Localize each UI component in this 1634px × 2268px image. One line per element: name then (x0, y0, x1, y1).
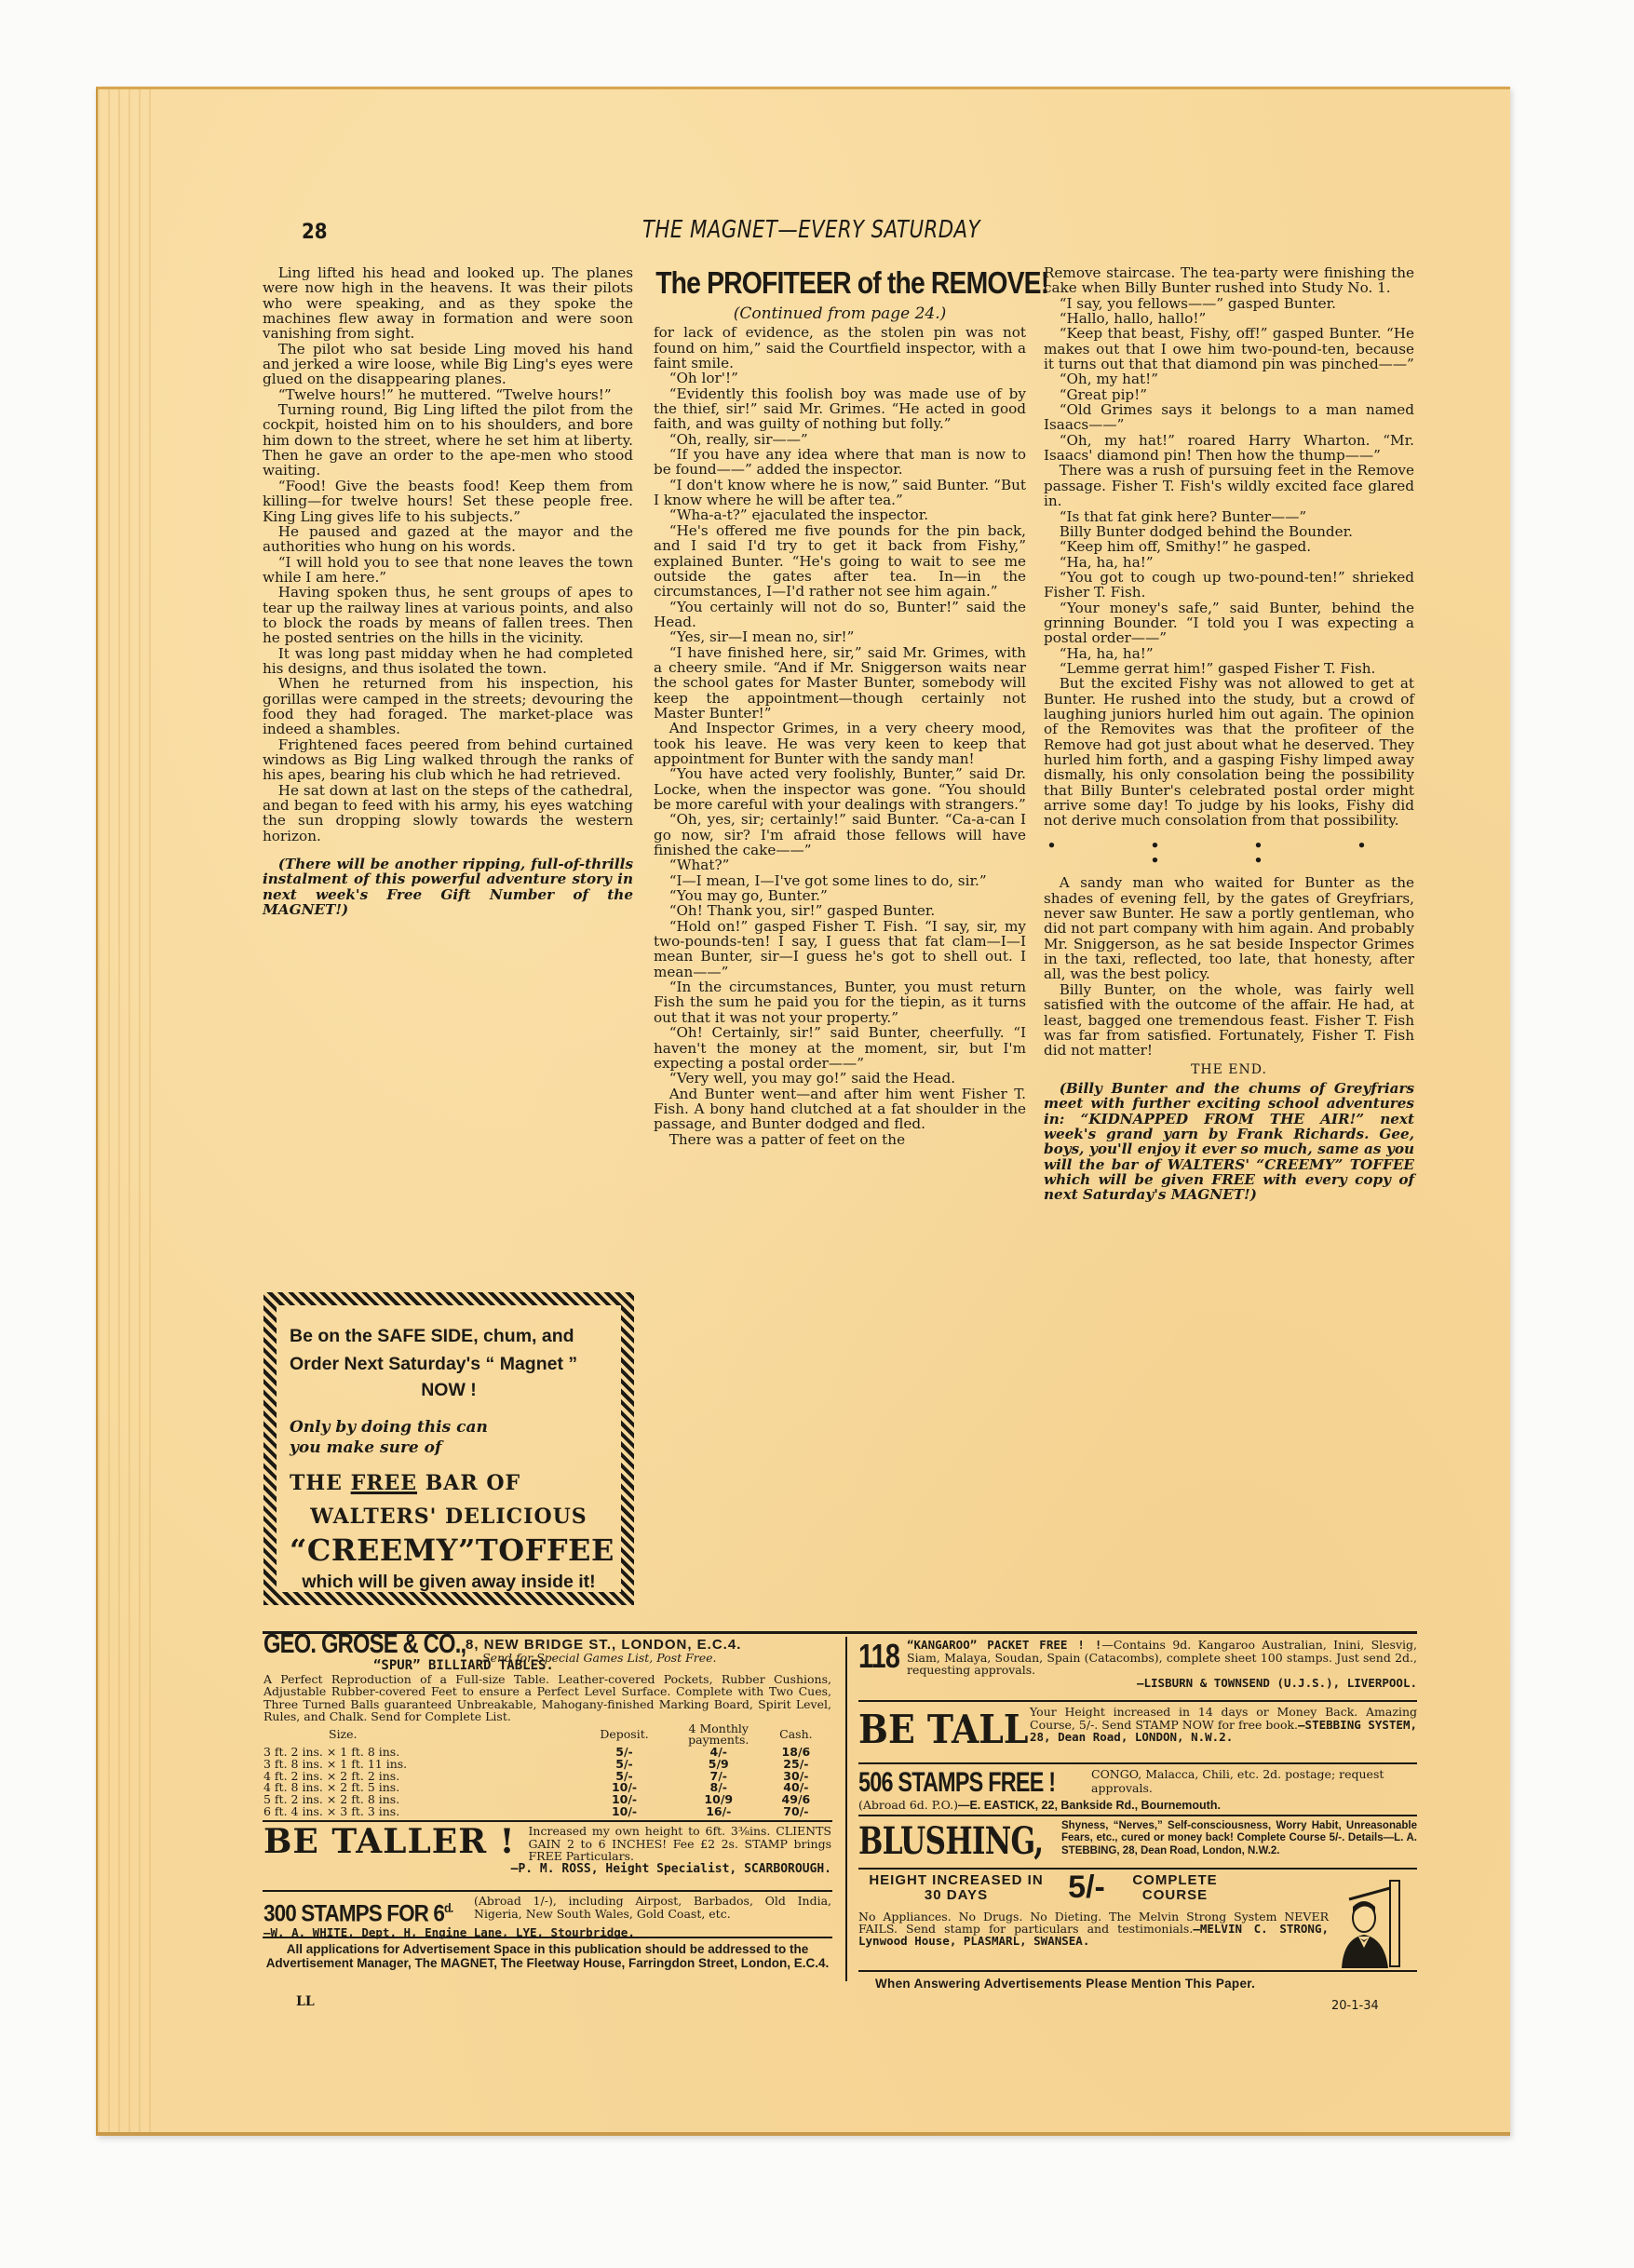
paragraph: “Very well, you may go!” said the Head. (654, 1071, 1026, 1086)
paragraph: “You have acted very foolishly, Bunter,”… (654, 766, 1026, 812)
ad-headline-text: 300 STAMPS FOR 6 (263, 1900, 444, 1926)
ad-address: 8, NEW BRIDGE ST., LONDON, E.C.4. (466, 1639, 741, 1652)
ad-contact-line: (Abroad 6d. P.O.)—E. EASTICK, 22, Banksi… (858, 1799, 1417, 1813)
ad-headline: 300 STAMPS FOR 6d. (263, 1895, 452, 1926)
ad-kangaroo-packet: 118 “KANGAROO” PACKET FREE ! !—Contains … (858, 1639, 1417, 1689)
paragraph: “I have finished here, sir,” said Mr. Gr… (654, 645, 1026, 722)
page-edge-texture (98, 89, 154, 2132)
ad-headline: 506 STAMPS FREE ! (858, 1767, 1040, 1799)
ad-price: 5/- (1054, 1882, 1119, 1895)
paragraph: Billy Bunter, on the whole, was fairly w… (1044, 982, 1414, 1059)
section-separator: • • • • • • (1044, 838, 1414, 869)
paragraph: There was a rush of pursuing feet in the… (1044, 463, 1414, 508)
paragraph: And Bunter went—and after him went Fishe… (654, 1087, 1026, 1132)
table-header: Size. (263, 1723, 572, 1748)
ad-advertiser-name: GEO. GROSE & CO., (263, 1639, 412, 1652)
paragraph: It was long past midday when he had comp… (263, 646, 633, 677)
advertising-notice: All applications for Advertisement Space… (265, 1942, 830, 1970)
promo-line: NOW ! (290, 1378, 608, 1402)
ad-contact: —LISBURN & TOWNSEND (U.J.S.), LIVERPOOL. (858, 1677, 1417, 1690)
ad-billiard-tables: GEO. GROSE & CO., 8, NEW BRIDGE ST., LON… (263, 1639, 831, 1818)
paragraph: “Oh, my hat!” (1044, 371, 1414, 386)
promo-line: THE FREE BAR OF (290, 1471, 608, 1495)
column-middle: The PROFITEER of the REMOVE! (Continued … (654, 265, 1026, 1147)
table-row: 6 ft. 4 ins. × 3 ft. 3 ins.10/-16/-70/- (263, 1806, 831, 1818)
paragraph: Ling lifted his head and looked up. The … (263, 265, 633, 342)
running-header: THE MAGNET—EVERY SATURDAY (642, 216, 980, 244)
paragraph: “Lemme gerrat him!” gasped Fisher T. Fis… (1044, 661, 1414, 676)
paragraph: When he returned from his inspection, hi… (263, 676, 633, 736)
ad-divider (858, 1868, 1417, 1870)
ad-be-taller: BE TALLER ! Increased my own height to 6… (263, 1825, 831, 1875)
paragraph: “Oh lor'!” (654, 371, 1026, 385)
paragraph: “He's offered me five pounds for the pin… (654, 523, 1026, 600)
billiard-price-table: Size. Deposit. 4 Monthly payments. Cash.… (263, 1723, 831, 1818)
ad-divider (263, 1937, 832, 1938)
cell-deposit: 10/- (572, 1806, 677, 1818)
paragraph: “Old Grimes says it belongs to a man nam… (1044, 402, 1414, 433)
ad-course-label: COMPLETE COURSE (1119, 1873, 1231, 1903)
paragraph: for lack of evidence, as the stolen pin … (654, 325, 1026, 371)
paragraph: Having spoken thus, he sent groups of ap… (263, 585, 633, 645)
ad-divider (858, 1700, 1417, 1702)
ad-headline-sup: d. (444, 1900, 452, 1915)
toffee-promo-box: Be on the SAFE SIDE, chum, and Order Nex… (263, 1292, 634, 1605)
story-title: The PROFITEER of the REMOVE! (655, 265, 1024, 301)
paragraph: “Hallo, hallo, hallo!” (1044, 311, 1414, 326)
ad-headline: BE TALLER ! (263, 1825, 515, 1858)
paragraph: “I will hold you to see that none leaves… (263, 555, 633, 586)
ad-divider (263, 1890, 832, 1892)
ad-body: Increased my own height to 6ft. 3⅜ins. C… (528, 1825, 831, 1863)
paragraph: “Oh! Certainly, sir!” said Bunter, cheer… (654, 1025, 1026, 1071)
paragraph: Turning round, Big Ling lifted the pilot… (263, 402, 633, 479)
paragraph: “Evidently this foolish boy was made use… (654, 386, 1026, 432)
paragraph: “Your money's safe,” said Bunter, behind… (1044, 601, 1414, 646)
paragraph: “Hold on!” gasped Fisher T. Fish. “I say… (654, 919, 1026, 979)
serial-story-text: Ling lifted his head and looked up. The … (263, 265, 633, 844)
page-number: 28 (302, 221, 328, 244)
promo-line: WALTERS' DELICIOUS (290, 1505, 608, 1529)
promo-line: which will be given away inside it! (290, 1572, 608, 1593)
promo-free-emphasis: FREE (351, 1471, 417, 1495)
ad-be-tall: BE TALL Your Height increased in 14 days… (858, 1706, 1417, 1754)
issue-date: 20-1-34 (1331, 2000, 1379, 2013)
ad-blushing: BLUSHING, Shyness, “Nerves,” Self-consci… (858, 1820, 1417, 1863)
paragraph: “Ha, ha, ha!” (1044, 555, 1414, 570)
table-header-row: Size. Deposit. 4 Monthly payments. Cash. (263, 1723, 831, 1748)
ad-headline: BE TALL (858, 1706, 1013, 1754)
paragraph: There was a patter of feet on the (654, 1132, 1026, 1147)
paragraph: “Ha, ha, ha!” (1044, 646, 1414, 661)
cell-monthly: 16/- (677, 1806, 761, 1818)
ads-column-divider (845, 1637, 847, 1981)
promo-text: THE (290, 1471, 351, 1495)
table-header: Cash. (761, 1723, 831, 1748)
ad-contact-prefix: (Abroad 6d. P.O.) (858, 1798, 958, 1812)
table-header: 4 Monthly payments. (677, 1723, 761, 1748)
paragraph: “Keep him off, Smithy!” he gasped. (1044, 539, 1414, 554)
paragraph: “Oh, my hat!” roared Harry Wharton. “Mr.… (1044, 433, 1414, 464)
paragraph: Frightened faces peered from behind curt… (263, 737, 633, 783)
paragraph: “Keep that beast, Fishy, off!” gasped Bu… (1044, 326, 1414, 371)
cell-size: 6 ft. 4 ins. × 3 ft. 3 ins. (263, 1806, 572, 1818)
next-week-note: (Billy Bunter and the chums of Greyfriar… (1044, 1081, 1414, 1203)
the-end-label: THE END. (1044, 1062, 1414, 1077)
paragraph: “Yes, sir—I mean no, sir!” (654, 629, 1026, 644)
ad-divider (858, 1762, 1417, 1764)
ad-headline: BLUSHING, (858, 1820, 1017, 1863)
ad-body: No Appliances. No Drugs. No Dieting. The… (858, 1910, 1329, 1947)
ad-divider (858, 1815, 1417, 1816)
paragraph: A sandy man who waited for Bunter as the… (1044, 875, 1414, 981)
promo-text: BAR OF (417, 1471, 520, 1495)
paragraph: “Oh, yes, sir; certainly!” said Bunter. … (654, 812, 1026, 857)
paragraph: “Oh! Thank you, sir!” gasped Bunter. (654, 903, 1026, 918)
ad-body: Shyness, “Nerves,” Self-consciousness, W… (1061, 1820, 1417, 1857)
ad-height-increased: HEIGHT INCREASED IN 30 DAYS 5/- COMPLETE… (858, 1873, 1329, 1947)
promo-line: Be on the SAFE SIDE, chum, and (290, 1322, 608, 1350)
paragraph: “You may go, Bunter.” (654, 888, 1026, 903)
paragraph: “I don't know where he is now,” said Bun… (654, 478, 1026, 508)
ad-contact: —E. EASTICK, 22, Bankside Rd., Bournemou… (958, 1799, 1221, 1812)
ad-divider (858, 1970, 1417, 1972)
ad-body: (Abroad 1/-), including Airpost, Barbado… (474, 1895, 831, 1920)
paragraph: “You got to cough up two-pound-ten!” shr… (1044, 570, 1414, 601)
serial-next-week-note: (There will be another ripping, full-of-… (263, 857, 633, 917)
paragraph: And Inspector Grimes, in a very cheery m… (654, 721, 1026, 766)
paragraph: “If you have any idea where that man is … (654, 447, 1026, 478)
cell-cash: 70/- (761, 1806, 831, 1818)
paragraph: “You certainly will not do so, Bunter!” … (654, 600, 1026, 630)
paragraph: Remove staircase. The tea-party were fin… (1044, 265, 1414, 296)
man-with-height-gauge-illustration (1338, 1879, 1405, 1968)
paragraph: “I—I mean, I—I've got some lines to do, … (654, 873, 1026, 888)
column-right: Remove staircase. The tea-party were fin… (1044, 265, 1414, 1203)
printer-mark: LL (296, 1996, 315, 2009)
paragraph: “Food! Give the beasts food! Keep them f… (263, 479, 633, 524)
main-story-ending: A sandy man who waited for Bunter as the… (1044, 875, 1414, 1058)
paragraph: “Wha-a-t?” ejaculated the inspector. (654, 507, 1026, 522)
ad-body: Your Height increased in 14 days or Mone… (1030, 1706, 1417, 1744)
paragraph: Billy Bunter dodged behind the Bounder. (1044, 524, 1414, 539)
main-story-text-continued: Remove staircase. The tea-party were fin… (1044, 265, 1414, 829)
paragraph: “Oh, really, sir——” (654, 432, 1026, 447)
paragraph: But the excited Fishy was not allowed to… (1044, 676, 1414, 828)
column-left: Ling lifted his head and looked up. The … (263, 265, 633, 917)
table-header: Deposit. (572, 1723, 677, 1748)
paragraph: “Great pip!” (1044, 387, 1414, 402)
paragraph: “Twelve hours!” he muttered. “Twelve hou… (263, 387, 633, 402)
continued-from-note: (Continued from page 24.) (654, 306, 1026, 321)
ad-headline: HEIGHT INCREASED IN 30 DAYS (858, 1873, 1054, 1903)
paragraph: He paused and gazed at the mayor and the… (263, 524, 633, 555)
ad-506-stamps: 506 STAMPS FREE ! CONGO, Malacca, Chili,… (858, 1767, 1417, 1813)
ad-body: CONGO, Malacca, Chili, etc. 2d. postage;… (1091, 1767, 1417, 1795)
paragraph: “I say, you fellows——” gasped Bunter. (1044, 296, 1414, 311)
paragraph: “Is that fat gink here? Bunter——” (1044, 509, 1414, 524)
paragraph: “In the circumstances, Bunter, you must … (654, 979, 1026, 1025)
main-story-text: for lack of evidence, as the stolen pin … (654, 325, 1026, 1147)
paragraph: “What?” (654, 857, 1026, 872)
ad-300-stamps: 300 STAMPS FOR 6d. (Abroad 1/-), includi… (263, 1895, 831, 1939)
ad-body: A Perfect Reproduction of a Full-size Ta… (263, 1673, 831, 1723)
ad-contact: —P. M. ROSS, Height Specialist, SCARBORO… (263, 1863, 831, 1876)
promo-product-name: “CREEMY”TOFFEE (290, 1532, 608, 1568)
promo-line: Only by doing this can you make sure of (290, 1417, 513, 1458)
promo-line: Order Next Saturday's “ Magnet ” (290, 1350, 608, 1378)
paragraph: He sat down at last on the steps of the … (263, 783, 633, 844)
ad-body: “KANGAROO” PACKET FREE ! !—Contains 9d. … (907, 1639, 1417, 1677)
paragraph: The pilot who sat beside Ling moved his … (263, 342, 633, 387)
mention-paper-notice: When Answering Advertisements Please Men… (875, 1978, 1255, 1991)
ad-number: 118 (858, 1639, 893, 1674)
